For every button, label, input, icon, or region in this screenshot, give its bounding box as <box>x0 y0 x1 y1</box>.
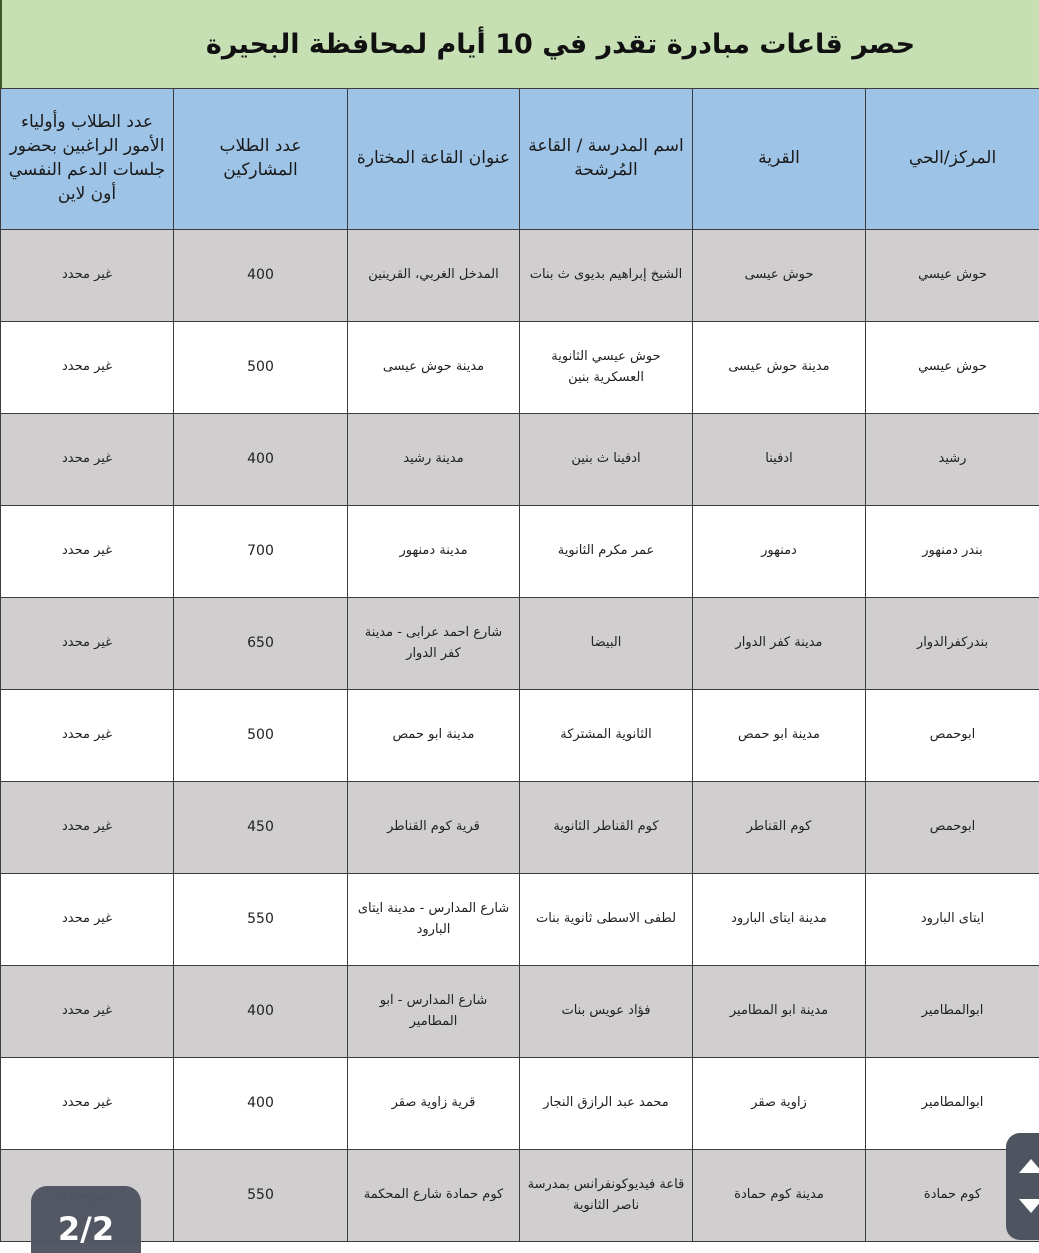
cell-school: حوش عيسي الثانوية العسكرية بنين <box>520 322 693 414</box>
cell-village: مدينة كفر الدوار <box>693 598 866 690</box>
cell-address: شارع المدارس - ابو المطامير <box>348 966 520 1058</box>
cell-students: 400 <box>174 966 348 1058</box>
cell-online: غير محدد <box>1 782 174 874</box>
cell-school: الثانوية المشتركة <box>520 690 693 782</box>
cell-address: مدينة حوش عيسى <box>348 322 520 414</box>
cell-village: مدينة كوم حمادة <box>693 1150 866 1242</box>
cell-district: حوش عيسي <box>866 230 1039 322</box>
scroll-up-arrow-icon <box>1019 1159 1039 1173</box>
cell-students: 550 <box>174 874 348 966</box>
cell-students: 500 <box>174 690 348 782</box>
document-title: حصر قاعات مبادرة تقدر في 10 أيام لمحافظة… <box>206 29 915 60</box>
cell-online: غير محدد <box>1 230 174 322</box>
halls-table: المركز/الحي القرية اسم المدرسة / القاعة … <box>0 88 1039 1242</box>
cell-village: كوم القناطر <box>693 782 866 874</box>
table-row: ايتاى البارود مدينة ايتاى البارود لطفى ا… <box>1 874 1039 966</box>
cell-online: غير محدد <box>1 414 174 506</box>
cell-district: ايتاى البارود <box>866 874 1039 966</box>
table-row: بندر دمنهور دمنهور عمر مكرم الثانوية مدي… <box>1 506 1039 598</box>
cell-school: كوم القناطر الثانوية <box>520 782 693 874</box>
header-online-attendees: عدد الطلاب وأولياء الأمور الراغبين بحضور… <box>1 89 174 230</box>
cell-district: ابوحمص <box>866 782 1039 874</box>
header-school-name: اسم المدرسة / القاعة المُرشحة <box>520 89 693 230</box>
cell-students: 700 <box>174 506 348 598</box>
table-row: ابوحمص مدينة ابو حمص الثانوية المشتركة م… <box>1 690 1039 782</box>
cell-address: شارع احمد عرابى - مدينة كفر الدوار <box>348 598 520 690</box>
cell-online: غير محدد <box>1 1058 174 1150</box>
cell-online: غير محدد <box>1 322 174 414</box>
table-row: حوش عيسي حوش عيسى الشيخ إبراهيم بديوى ث … <box>1 230 1039 322</box>
cell-online: غير محدد <box>1 598 174 690</box>
cell-school: ادفينا ث بنين <box>520 414 693 506</box>
cell-address: مدينة دمنهور <box>348 506 520 598</box>
cell-district: بندركفرالدوار <box>866 598 1039 690</box>
cell-online: غير محدد <box>1 506 174 598</box>
cell-address: مدينة ابو حمص <box>348 690 520 782</box>
page-indicator-text: 2/2 <box>58 1210 114 1248</box>
cell-village: مدينة حوش عيسى <box>693 322 866 414</box>
cell-students: 450 <box>174 782 348 874</box>
table-row: حوش عيسي مدينة حوش عيسى حوش عيسي الثانوي… <box>1 322 1039 414</box>
cell-school: لطفى الاسطى ثانوية بنات <box>520 874 693 966</box>
cell-address: كوم حمادة شارع المحكمة <box>348 1150 520 1242</box>
cell-district: حوش عيسي <box>866 322 1039 414</box>
cell-school: محمد عبد الرازق النجار <box>520 1058 693 1150</box>
header-hall-address: عنوان القاعة المختارة <box>348 89 520 230</box>
table-row: بندركفرالدوار مدينة كفر الدوار البيضا شا… <box>1 598 1039 690</box>
cell-online: غير محدد <box>1 874 174 966</box>
table-row: رشيد ادفينا ادفينا ث بنين مدينة رشيد 400… <box>1 414 1039 506</box>
cell-village: مدينة ايتاى البارود <box>693 874 866 966</box>
table-row: ابوحمص كوم القناطر كوم القناطر الثانوية … <box>1 782 1039 874</box>
scroll-down-arrow-icon <box>1019 1199 1039 1213</box>
cell-district: بندر دمنهور <box>866 506 1039 598</box>
cell-students: 650 <box>174 598 348 690</box>
table-row: ابوالمطامير مدينة ابو المطامير فؤاد عويس… <box>1 966 1039 1058</box>
cell-school: الشيخ إبراهيم بديوى ث بنات <box>520 230 693 322</box>
table-row: كوم حمادة مدينة كوم حمادة قاعة فيديوكونف… <box>1 1150 1039 1242</box>
cell-online: غير محدد <box>1 690 174 782</box>
header-student-count: عدد الطلاب المشاركين <box>174 89 348 230</box>
cell-students: 500 <box>174 322 348 414</box>
cell-district: رشيد <box>866 414 1039 506</box>
fast-scroll-handle[interactable] <box>1006 1133 1039 1240</box>
cell-village: حوش عيسى <box>693 230 866 322</box>
table-row: ابوالمطامير زاوية صقر محمد عبد الرازق ال… <box>1 1058 1039 1150</box>
cell-school: البيضا <box>520 598 693 690</box>
cell-online: غير محدد <box>1 966 174 1058</box>
cell-school: عمر مكرم الثانوية <box>520 506 693 598</box>
cell-school: فؤاد عويس بنات <box>520 966 693 1058</box>
table-header-row: المركز/الحي القرية اسم المدرسة / القاعة … <box>1 89 1039 230</box>
cell-address: قرية كوم القناطر <box>348 782 520 874</box>
cell-school: قاعة فيديوكونفرانس بمدرسة ناصر الثانوية <box>520 1150 693 1242</box>
header-district: المركز/الحي <box>866 89 1039 230</box>
cell-district: ابوحمص <box>866 690 1039 782</box>
cell-village: دمنهور <box>693 506 866 598</box>
cell-students: 400 <box>174 1058 348 1150</box>
cell-address: قرية زاوية صقر <box>348 1058 520 1150</box>
cell-address: شارع المدارس - مدينة ايتاى البارود <box>348 874 520 966</box>
cell-village: مدينة ابو حمص <box>693 690 866 782</box>
cell-students: 400 <box>174 414 348 506</box>
cell-address: المدخل الغربي، القرينين <box>348 230 520 322</box>
cell-village: زاوية صقر <box>693 1058 866 1150</box>
header-village: القرية <box>693 89 866 230</box>
cell-village: ادفينا <box>693 414 866 506</box>
document-title-bar: حصر قاعات مبادرة تقدر في 10 أيام لمحافظة… <box>0 0 1039 88</box>
cell-students: 550 <box>174 1150 348 1242</box>
cell-students: 400 <box>174 230 348 322</box>
cell-village: مدينة ابو المطامير <box>693 966 866 1058</box>
cell-address: مدينة رشيد <box>348 414 520 506</box>
cell-district: ابوالمطامير <box>866 966 1039 1058</box>
page-indicator-badge: 2/2 <box>31 1186 141 1253</box>
